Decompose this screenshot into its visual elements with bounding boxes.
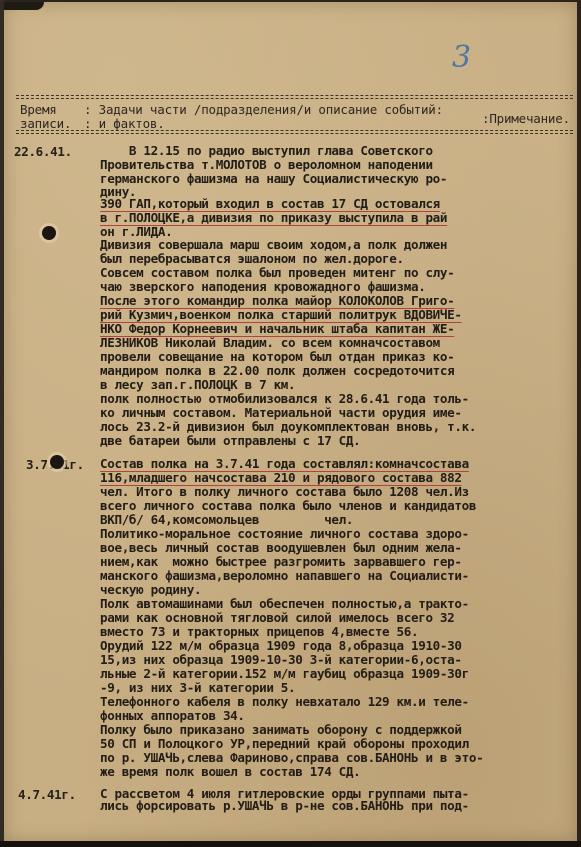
- punch-hole: [42, 226, 56, 240]
- header-rule-top: [16, 95, 573, 96]
- entry-line: ВКП/б/ 64,комсомольцев чел.: [100, 513, 353, 527]
- entry-line: мандиром полка в 22.00 полк должен сосре…: [100, 364, 454, 378]
- entry-line: был перебрасыватся эшалоном по жел.дорог…: [100, 252, 404, 266]
- header-notes-label: :Примечание.: [482, 111, 570, 126]
- entry-line: Орудий 122 м/м образца 1909 года 8,образ…: [100, 639, 462, 653]
- entry-line: -9, из них 3-й категории 5.: [100, 681, 295, 695]
- entry-date: 4.7.41г.: [18, 787, 76, 802]
- entry-line: Дивизия совершала марш своим ходом,а пол…: [100, 238, 447, 252]
- entry-line: вместо 73 и тракторных прицепов 4,вместе…: [100, 625, 418, 639]
- entry-line: 390 ГАП,который входил в состав 17 СД ос…: [100, 197, 440, 211]
- entry-line: После этого командир полка майор КОЛОКОЛ…: [100, 294, 454, 308]
- entry-line: Провительства т.МОЛОТОВ о вероломном нап…: [100, 158, 433, 172]
- header-tasks-label-1: : Задачи части /подразделения/и описание…: [84, 102, 443, 117]
- entry-line: Состав полка на 3.7.41 года составлял:ко…: [100, 457, 469, 471]
- entry-line: две батареи были отправлены с 17 СД.: [100, 434, 360, 448]
- header-rule-bottom: [16, 130, 573, 131]
- entry-line: лось 23.2-й дивизион был доукомплектован…: [100, 420, 476, 434]
- header-rule-bottom-2: [16, 133, 573, 134]
- entry-line: в лесу зап.г.ПОЛОЦК в 7 км.: [100, 378, 295, 392]
- entry-line: рами как основной тягловой силой имелось…: [100, 611, 454, 625]
- page-number: 3: [452, 40, 471, 75]
- entry-line: фонных аппоратов 34.: [100, 709, 245, 723]
- entry-line: Полк автомашинами был обеспечен полность…: [100, 597, 469, 611]
- entry-date: 22.6.41.: [14, 144, 72, 159]
- torn-corner: [4, 2, 44, 10]
- entry-line: Политико-моральное состояние личного сос…: [100, 527, 469, 541]
- entry-line: в г.ПОЛОЦКЕ,а дивизия по приказу выступи…: [100, 211, 447, 225]
- entry-line: провели совещание на котором был отдан п…: [100, 350, 454, 364]
- entry-line: манского фашизма,вероломно напавшего на …: [100, 569, 469, 583]
- entry-line: ческую родину.: [100, 583, 201, 597]
- entry-line: льные 2-й категории.152 м/м гаубиц образ…: [100, 667, 469, 681]
- entry-line: НКО Федор Корнеевич и начальник штаба ка…: [100, 322, 454, 336]
- entry-line: В 12.15 по радио выступил глава Советско…: [100, 144, 433, 158]
- entry-line: Полку было приказано занимать оборону с …: [100, 723, 462, 737]
- entry-line: полк полностью отмобилизовался к 28.6.41…: [100, 392, 469, 406]
- entry-line: Совсем составом полка был проведен митен…: [100, 266, 454, 280]
- entry-line: 50 СП и Полоцкого УР,передний край оборо…: [100, 737, 469, 751]
- entry-line: чел. Итого в полку личного состава было …: [100, 485, 469, 499]
- scan-bottom-edge: [0, 841, 581, 847]
- entry-line: Телефонного кабеля в полку невхатало 129…: [100, 695, 469, 709]
- entry-line: 15,из них образца 1909-10-30 3-й категор…: [100, 653, 462, 667]
- document-page: 3 Время записи. : Задачи части /подразде…: [4, 2, 577, 842]
- header-rule-top-2: [16, 98, 573, 99]
- entry-line: лись форсировать р.УШАЧЬ в р-не сов.БАНО…: [100, 799, 469, 813]
- entry-line: по р. УШАЧЬ,слева Фариново,справа сов.БА…: [100, 751, 483, 765]
- entry-line: рий Кузмич,военком полка старший политру…: [100, 308, 462, 322]
- header-tasks-label-2: : и фактов.: [84, 116, 165, 131]
- entry-line: германского фашизма на нашу Социалистиче…: [100, 172, 447, 186]
- entry-line: всего личного состава полка было членов …: [100, 499, 476, 513]
- entry-line: 116,младшего начсостава 210 и рядового с…: [100, 471, 462, 485]
- entry-line: чаю зверского наподения кровожадного фаш…: [100, 280, 425, 294]
- entry-line: ко личным составом. Материальной части о…: [100, 406, 462, 420]
- entry-line: вое,весь личный состав воодушевлен был о…: [100, 541, 462, 555]
- entry-line: нием,как можно быстрее разгромить зарвав…: [100, 555, 462, 569]
- header-time-label-2: записи.: [20, 116, 71, 131]
- header-time-label-1: Время: [20, 102, 57, 117]
- entry-line: ЛЕЗНИКОВ Николай Владим. со всем комначс…: [100, 336, 440, 350]
- punch-hole: [50, 455, 64, 469]
- entry-line: же время полк вошел в состав 174 СД.: [100, 765, 360, 779]
